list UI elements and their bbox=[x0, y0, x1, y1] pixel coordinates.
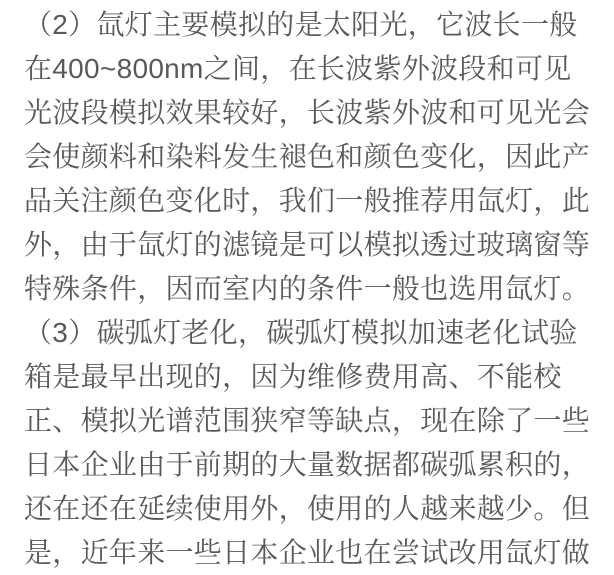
text-line: 特殊条件，因而室内的条件一般也选用氙灯。 bbox=[24, 267, 592, 311]
text-line: （3）碳弧灯老化，碳弧灯模拟加速老化试验 bbox=[24, 311, 592, 355]
text-line: 在400~800nm之间，在长波紫外波段和可见 bbox=[24, 47, 592, 91]
text-line: 外，由于氙灯的滤镜是可以模拟透过玻璃窗等 bbox=[24, 223, 592, 267]
text-line: 日本企业由于前期的大量数据都碳弧累积的， bbox=[24, 443, 592, 487]
text-line: 光波段模拟效果较好，长波紫外波和可见光会 bbox=[24, 91, 592, 135]
text-line: （2）氙灯主要模拟的是太阳光，它波长一般 bbox=[24, 3, 592, 47]
text-line: 会使颜料和染料发生褪色和颜色变化，因此产 bbox=[24, 135, 592, 179]
document-page: （2）氙灯主要模拟的是太阳光，它波长一般 在400~800nm之间，在长波紫外波… bbox=[0, 0, 614, 575]
text-line: 箱是最早出现的，因为维修费用高、不能校 bbox=[24, 355, 592, 399]
text-line: 正、模拟光谱范围狭窄等缺点，现在除了一些 bbox=[24, 399, 592, 443]
text-line: 还在还在延续使用外，使用的人越来越少。但 bbox=[24, 487, 592, 531]
text-line: 是，近年来一些日本企业也在尝试改用氙灯做 bbox=[24, 531, 592, 575]
text-line: 品关注颜色变化时，我们一般推荐用氙灯，此 bbox=[24, 179, 592, 223]
